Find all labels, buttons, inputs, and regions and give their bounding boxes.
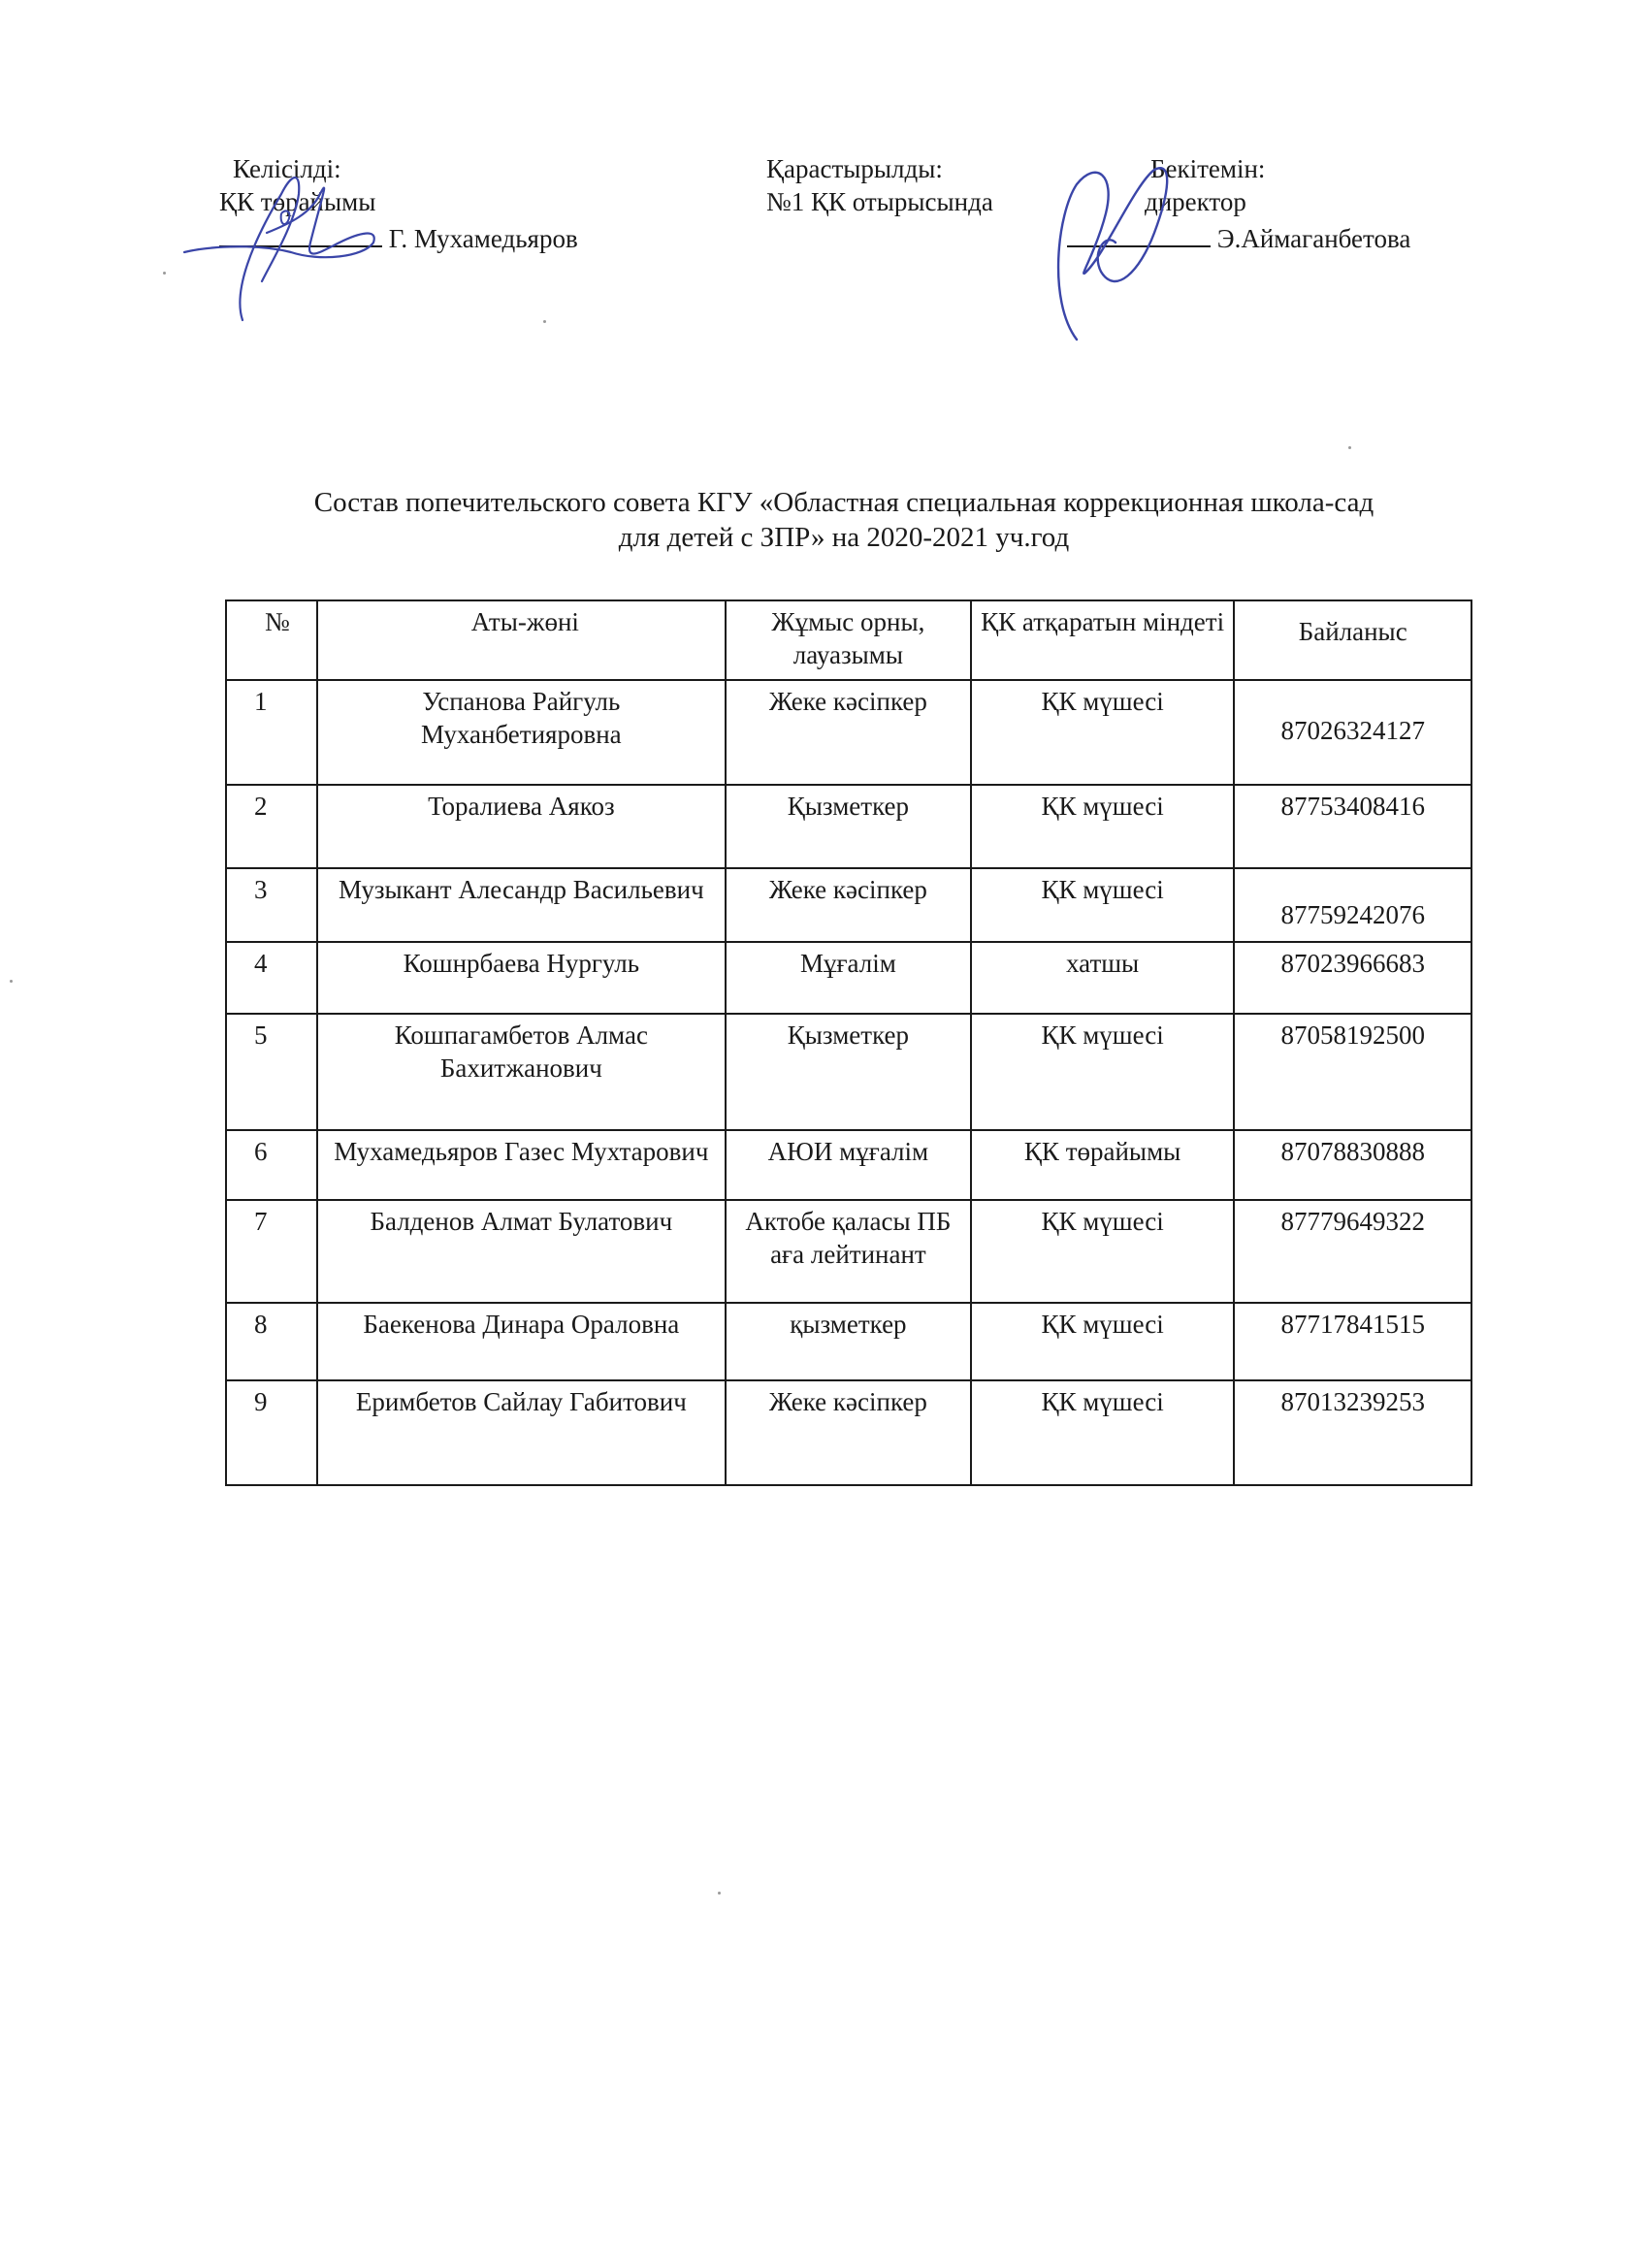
row-num: 8 [226, 1303, 317, 1380]
table-row: 2Торалиева АякозҚызметкерҚК мүшесі877534… [226, 785, 1471, 868]
header-contact: Байланыс [1234, 600, 1471, 680]
row-job: Жеке кәсіпкер [726, 868, 971, 942]
row-name: Кошпагамбетов Алмас Бахитжанович [317, 1014, 726, 1130]
row-contact: 87013239253 [1234, 1380, 1471, 1485]
table-row: 6Мухамедьяров Газес МухтаровичАЮИ мұғалі… [226, 1130, 1471, 1200]
approved-position: директор [1145, 186, 1246, 217]
title-line-2: для детей с ЗПР» на 2020-2021 уч.год [194, 520, 1494, 555]
table-row: 8Баекенова Динара ОраловнақызметкерҚК мү… [226, 1303, 1471, 1380]
row-name: Успанова Райгуль Муханбетияровна [317, 680, 726, 785]
header-role: ҚК атқаратын міндеті [971, 600, 1235, 680]
table-row: 1Успанова Райгуль МуханбетияровнаЖеке кә… [226, 680, 1471, 785]
row-role: ҚК мүшесі [971, 868, 1235, 942]
header-num: № [226, 600, 317, 680]
row-role: ҚК мүшесі [971, 785, 1235, 868]
row-contact: 87779649322 [1234, 1200, 1471, 1303]
row-name: Музыкант Алесандр Васильевич [317, 868, 726, 942]
row-name: Кошнрбаева Нургуль [317, 942, 726, 1014]
agreed-position: ҚК төрайымы [219, 186, 375, 217]
row-num: 6 [226, 1130, 317, 1200]
scan-speck [543, 320, 546, 323]
header-job: Жұмыс орны, лауазымы [726, 600, 971, 680]
scan-speck [718, 1892, 721, 1895]
row-num: 1 [226, 680, 317, 785]
row-name: Балденов Алмат Булатович [317, 1200, 726, 1303]
row-num: 9 [226, 1380, 317, 1485]
row-job: Қызметкер [726, 1014, 971, 1130]
scan-speck [163, 272, 166, 275]
header-contact-label: Байланыс [1299, 617, 1407, 646]
row-role: ҚК мүшесі [971, 1380, 1235, 1485]
row-name: Баекенова Динара Ораловна [317, 1303, 726, 1380]
scan-speck [1348, 446, 1351, 449]
document-title: Состав попечительского совета КГУ «Облас… [194, 485, 1494, 555]
row-num: 7 [226, 1200, 317, 1303]
row-num: 2 [226, 785, 317, 868]
table-header-row: № Аты-жөні Жұмыс орны, лауазымы ҚК атқар… [226, 600, 1471, 680]
row-name: Мухамедьяров Газес Мухтарович [317, 1130, 726, 1200]
title-line-1: Состав попечительского совета КГУ «Облас… [194, 485, 1494, 520]
table-body: 1Успанова Райгуль МуханбетияровнаЖеке кә… [226, 680, 1471, 1485]
row-contact: 87058192500 [1234, 1014, 1471, 1130]
row-num: 3 [226, 868, 317, 942]
agreed-name: Г. Мухамедьяров [389, 224, 578, 253]
scan-speck [10, 980, 13, 983]
row-role: ҚК мүшесі [971, 1200, 1235, 1303]
row-contact: 87759242076 [1234, 868, 1471, 942]
table-row: 7Балденов Алмат БулатовичАктобе қаласы П… [226, 1200, 1471, 1303]
trustee-council-table: № Аты-жөні Жұмыс орны, лауазымы ҚК атқар… [225, 599, 1472, 1486]
agreed-heading: Келісілді: [233, 153, 341, 184]
agreed-signature-line: Г. Мухамедьяров [219, 223, 578, 254]
row-job: Қызметкер [726, 785, 971, 868]
row-job: Мұғалім [726, 942, 971, 1014]
row-role: ҚК мүшесі [971, 680, 1235, 785]
row-job: Актобе қаласы ПБ аға лейтинант [726, 1200, 971, 1303]
row-job: Жеке кәсіпкер [726, 1380, 971, 1485]
row-role: ҚК төрайымы [971, 1130, 1235, 1200]
row-contact: 87078830888 [1234, 1130, 1471, 1200]
row-contact: 87023966683 [1234, 942, 1471, 1014]
reviewed-heading: Қарастырылды: [766, 153, 943, 184]
row-job: қызметкер [726, 1303, 971, 1380]
approved-signature-line: Э.Аймаганбетова [1067, 223, 1410, 254]
row-contact: 87717841515 [1234, 1303, 1471, 1380]
row-role: ҚК мүшесі [971, 1303, 1235, 1380]
header-name: Аты-жөні [317, 600, 726, 680]
row-contact: 87753408416 [1234, 785, 1471, 868]
table-row: 3Музыкант Алесандр ВасильевичЖеке кәсіпк… [226, 868, 1471, 942]
row-job: АЮИ мұғалім [726, 1130, 971, 1200]
table-row: 4Кошнрбаева НургульМұғалімхатшы870239666… [226, 942, 1471, 1014]
signature-line [1067, 245, 1211, 247]
row-name: Торалиева Аякоз [317, 785, 726, 868]
approved-name: Э.Аймаганбетова [1217, 224, 1411, 253]
table-row: 5Кошпагамбетов Алмас БахитжановичҚызметк… [226, 1014, 1471, 1130]
signature-line [219, 245, 382, 247]
reviewed-meeting: №1 ҚК отырысында [766, 186, 993, 217]
row-job: Жеке кәсіпкер [726, 680, 971, 785]
approved-heading: Бекітемін: [1150, 153, 1265, 184]
row-num: 5 [226, 1014, 317, 1130]
table-row: 9Еримбетов Сайлау ГабитовичЖеке кәсіпкер… [226, 1380, 1471, 1485]
row-role: хатшы [971, 942, 1235, 1014]
row-role: ҚК мүшесі [971, 1014, 1235, 1130]
row-contact: 87026324127 [1234, 680, 1471, 785]
row-name: Еримбетов Сайлау Габитович [317, 1380, 726, 1485]
row-num: 4 [226, 942, 317, 1014]
